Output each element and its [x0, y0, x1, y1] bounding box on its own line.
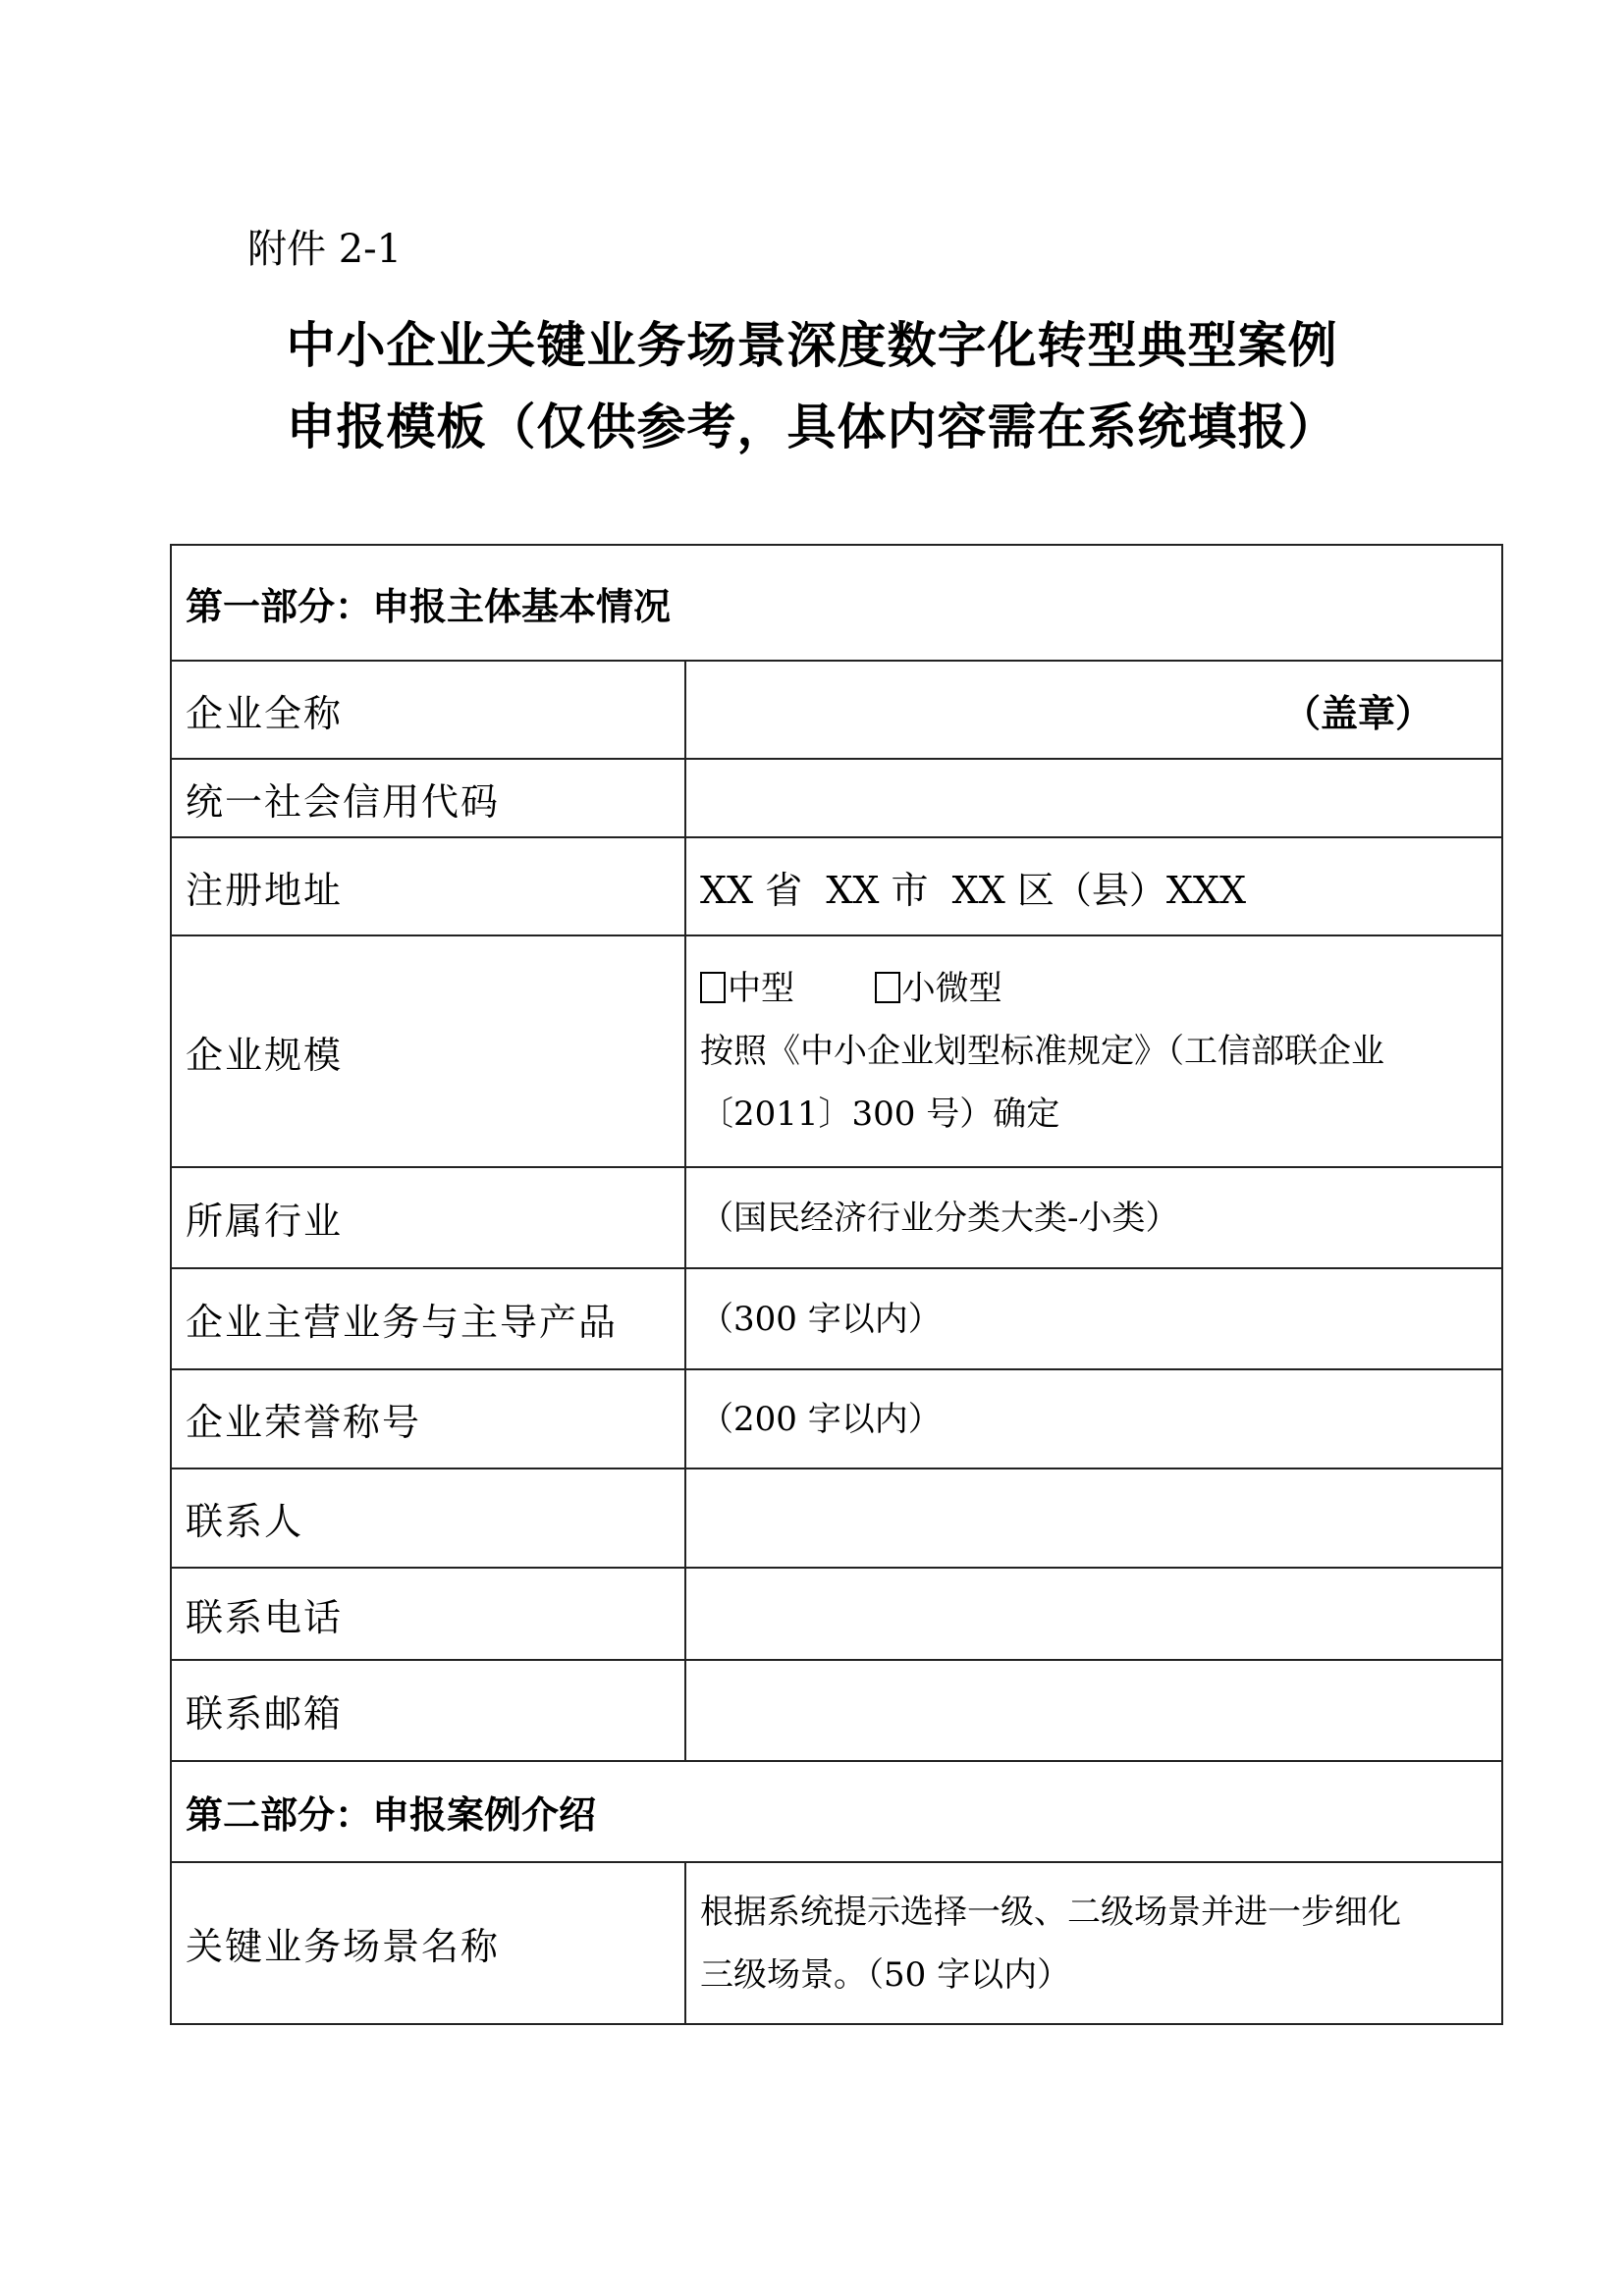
form-row-main-business: 企业主营业务与主导产品 （300 字以内） — [171, 1268, 1502, 1369]
contact-person-field[interactable] — [685, 1468, 1502, 1568]
form-row-company-name: 企业全称 （盖章） — [171, 661, 1502, 759]
checkbox-icon — [700, 972, 726, 1003]
form-row-honors: 企业荣誉称号 （200 字以内） — [171, 1369, 1502, 1468]
form-row-industry: 所属行业 （国民经济行业分类大类-小类） — [171, 1167, 1502, 1268]
checkbox-small-micro[interactable]: 小微型 — [875, 969, 1002, 1008]
company-scale-field: 中型 小微型 按照《中小企业划型标准规定》（工信部联企业 〔2011〕300 号… — [685, 935, 1502, 1167]
form-row-credit-code: 统一社会信用代码 — [171, 759, 1502, 837]
application-form-table: 第一部分：申报主体基本情况 企业全称 （盖章） 统一社会信用代码 注册地址 XX… — [170, 544, 1503, 2025]
address-field[interactable]: XX 省 XX 市 XX 区（县）XXX — [685, 837, 1502, 935]
field-label: 企业主营业务与主导产品 — [171, 1268, 685, 1369]
scale-note-line2: 〔2011〕300 号）确定 — [700, 1095, 1059, 1134]
field-label: 联系邮箱 — [171, 1660, 685, 1761]
company-name-field[interactable]: （盖章） — [685, 661, 1502, 759]
honors-field[interactable]: （200 字以内） — [685, 1369, 1502, 1468]
field-label: 统一社会信用代码 — [171, 759, 685, 837]
form-row-company-scale: 企业规模 中型 小微型 按照《中小企业划型标准规定》（工信部联企业 〔2011〕… — [171, 935, 1502, 1167]
main-business-field[interactable]: （300 字以内） — [685, 1268, 1502, 1369]
field-label: 注册地址 — [171, 837, 685, 935]
form-row-contact-phone: 联系电话 — [171, 1568, 1502, 1660]
form-row-contact-email: 联系邮箱 — [171, 1660, 1502, 1761]
form-row-scenario-name: 关键业务场景名称 根据系统提示选择一级、二级场景并进一步细化 三级场景。（50 … — [171, 1862, 1502, 2024]
credit-code-field[interactable] — [685, 759, 1502, 837]
document-title-line2: 申报模板（仅供参考，具体内容需在系统填报） — [0, 388, 1624, 458]
section-header-part1: 第一部分：申报主体基本情况 — [171, 545, 1502, 661]
industry-field[interactable]: （国民经济行业分类大类-小类） — [685, 1167, 1502, 1268]
field-label: 企业荣誉称号 — [171, 1369, 685, 1468]
field-label: 企业全称 — [171, 661, 685, 759]
contact-email-field[interactable] — [685, 1660, 1502, 1761]
scale-note-line1: 按照《中小企业划型标准规定》（工信部联企业 — [700, 1032, 1384, 1071]
section-heading: 第二部分：申报案例介绍 — [171, 1761, 1502, 1862]
scenario-name-field[interactable]: 根据系统提示选择一级、二级场景并进一步细化 三级场景。（50 字以内） — [685, 1862, 1502, 2024]
form-row-address: 注册地址 XX 省 XX 市 XX 区（县）XXX — [171, 837, 1502, 935]
field-label: 关键业务场景名称 — [171, 1862, 685, 2024]
document-title-line1: 中小企业关键业务场景深度数字化转型典型案例 — [0, 306, 1624, 377]
field-label: 联系人 — [171, 1468, 685, 1568]
annex-label: 附件 2-1 — [247, 218, 402, 274]
field-label: 所属行业 — [171, 1167, 685, 1268]
field-label: 企业规模 — [171, 935, 685, 1167]
section-header-part2: 第二部分：申报案例介绍 — [171, 1761, 1502, 1862]
field-label: 联系电话 — [171, 1568, 685, 1660]
section-heading: 第一部分：申报主体基本情况 — [171, 545, 1502, 661]
checkbox-icon — [875, 972, 900, 1003]
contact-phone-field[interactable] — [685, 1568, 1502, 1660]
form-row-contact-person: 联系人 — [171, 1468, 1502, 1568]
checkbox-medium[interactable]: 中型 — [700, 969, 794, 1008]
